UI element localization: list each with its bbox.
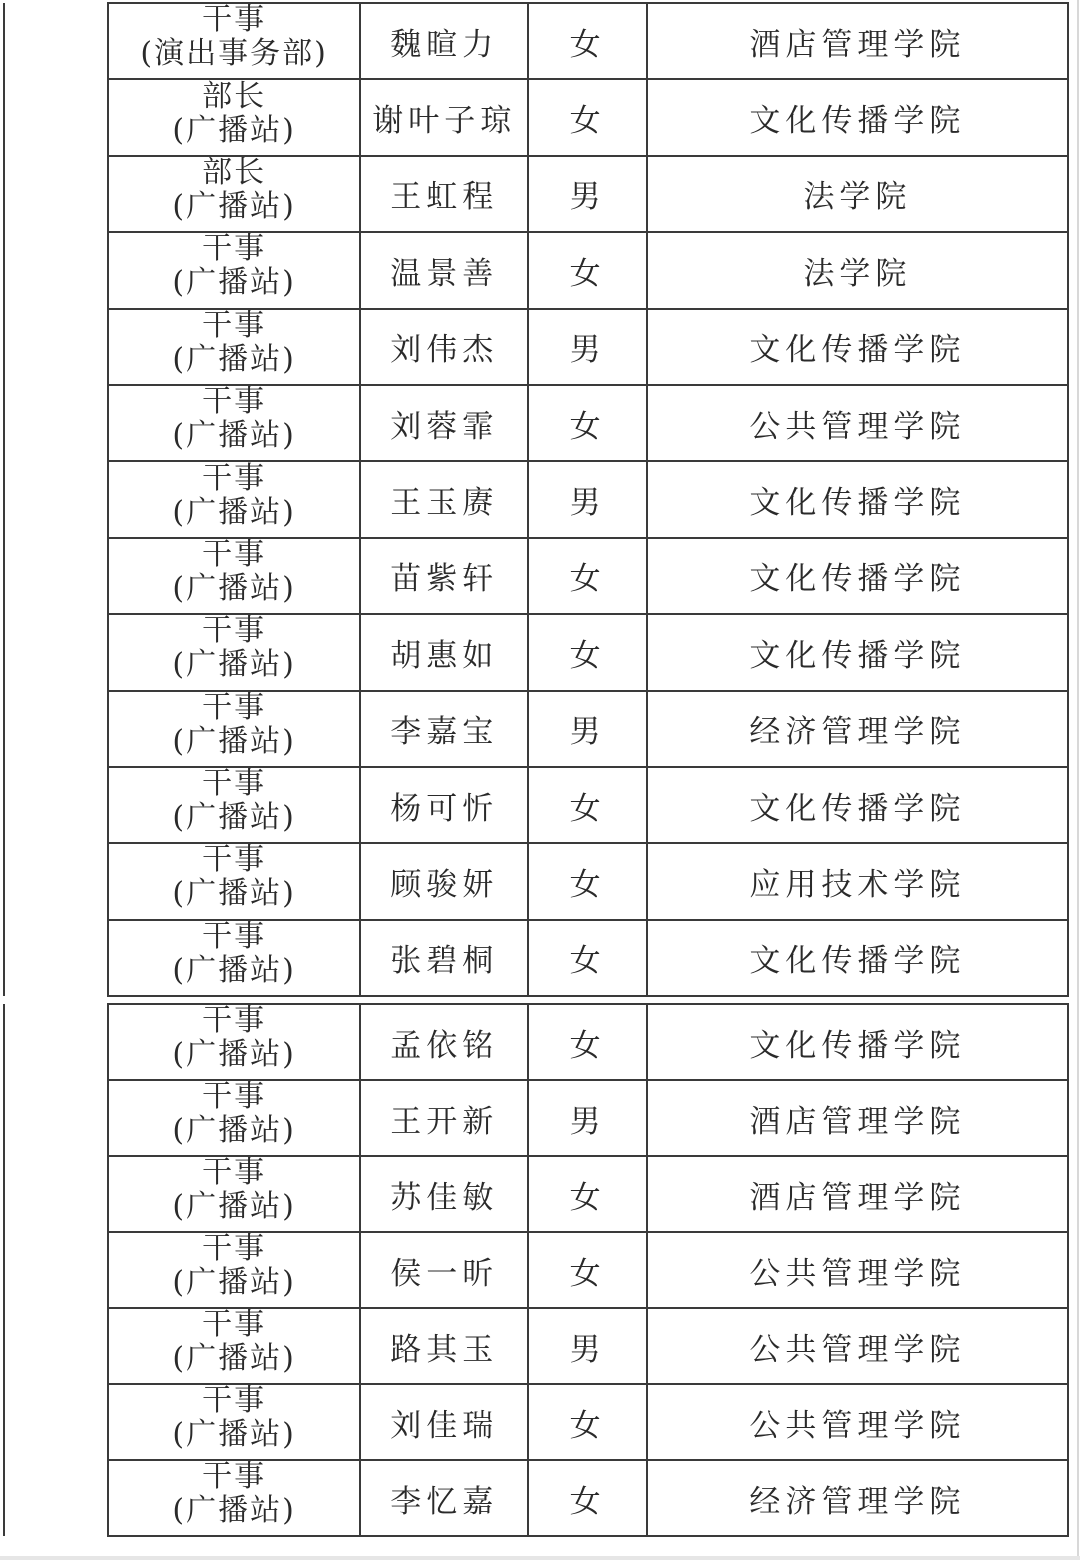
- position-department: (广播站): [109, 266, 359, 300]
- position-title: 干事: [109, 691, 359, 725]
- table-row: 干事 (演出事务部) 魏暄力 女 酒店管理学院: [4, 3, 1068, 79]
- position-cell: 干事 (广播站): [108, 1004, 360, 1080]
- college-cell: 文化传播学院: [647, 538, 1068, 614]
- department-group-cell: [4, 3, 108, 79]
- position-cell: 干事 (广播站): [108, 920, 360, 996]
- college-cell: 公共管理学院: [647, 1232, 1068, 1308]
- department-group-cell: [4, 1004, 108, 1080]
- gender-cell: 女: [528, 538, 646, 614]
- table-row: 干事 (广播站) 路其玉 男 公共管理学院: [4, 1308, 1068, 1384]
- table-row: 干事 (广播站) 刘蓉霏 女 公共管理学院: [4, 385, 1068, 461]
- name-cell: 张碧桐: [360, 920, 528, 996]
- gender-cell: 女: [528, 1004, 646, 1080]
- position-department: (广播站): [109, 801, 359, 835]
- college-cell: 文化传播学院: [647, 920, 1068, 996]
- table-row: 干事 (广播站) 温景善 女 法学院: [4, 232, 1068, 308]
- department-group-cell: [4, 79, 108, 155]
- position-department: (广播站): [109, 1190, 359, 1224]
- position-title: 干事: [109, 462, 359, 496]
- gender-cell: 女: [528, 920, 646, 996]
- gender-cell: 女: [528, 843, 646, 919]
- department-group-cell: [4, 1308, 108, 1384]
- college-cell: 公共管理学院: [647, 1308, 1068, 1384]
- gender-cell: 男: [528, 1080, 646, 1156]
- department-group-cell: [4, 920, 108, 996]
- gender-cell: 女: [528, 1384, 646, 1460]
- name-cell: 苏佳敏: [360, 1156, 528, 1232]
- department-group-cell: [4, 1232, 108, 1308]
- roster-table-continued: 干事 (广播站) 孟依铭 女 文化传播学院 干事 (广播站) 王开新 男 酒店管…: [3, 1003, 1069, 1537]
- page-edge-line: [1077, 0, 1079, 1556]
- table-row: 干事 (广播站) 苗紫轩 女 文化传播学院: [4, 538, 1068, 614]
- college-cell: 文化传播学院: [647, 461, 1068, 537]
- college-cell: 经济管理学院: [647, 1460, 1068, 1536]
- department-group-cell: [4, 843, 108, 919]
- position-department: (广播站): [109, 1418, 359, 1452]
- department-group-cell: [4, 614, 108, 690]
- position-title: 干事: [109, 385, 359, 419]
- position-cell: 干事 (广播站): [108, 461, 360, 537]
- position-cell: 干事 (广播站): [108, 385, 360, 461]
- position-title: 部长: [109, 156, 359, 190]
- table-row: 干事 (广播站) 顾骏妍 女 应用技术学院: [4, 843, 1068, 919]
- position-title: 干事: [109, 1308, 359, 1342]
- college-cell: 文化传播学院: [647, 79, 1068, 155]
- table-row: 干事 (广播站) 刘佳瑞 女 公共管理学院: [4, 1384, 1068, 1460]
- position-department: (广播站): [109, 648, 359, 682]
- college-cell: 应用技术学院: [647, 843, 1068, 919]
- name-cell: 胡惠如: [360, 614, 528, 690]
- department-group-cell: [4, 1156, 108, 1232]
- name-cell: 谢叶子琼: [360, 79, 528, 155]
- table-row: 干事 (广播站) 王玉赓 男 文化传播学院: [4, 461, 1068, 537]
- department-group-cell: [4, 385, 108, 461]
- position-cell: 干事 (广播站): [108, 232, 360, 308]
- name-cell: 王玉赓: [360, 461, 528, 537]
- position-cell: 干事 (广播站): [108, 538, 360, 614]
- position-cell: 干事 (广播站): [108, 843, 360, 919]
- name-cell: 李嘉宝: [360, 691, 528, 767]
- table-row: 部长 (广播站) 王虹程 男 法学院: [4, 156, 1068, 232]
- gender-cell: 女: [528, 614, 646, 690]
- gender-cell: 女: [528, 767, 646, 843]
- position-department: (广播站): [109, 114, 359, 148]
- name-cell: 刘蓉霏: [360, 385, 528, 461]
- college-cell: 酒店管理学院: [647, 1156, 1068, 1232]
- position-department: (广播站): [109, 1038, 359, 1072]
- college-cell: 公共管理学院: [647, 385, 1068, 461]
- gender-cell: 女: [528, 385, 646, 461]
- roster-table-section-2: 干事 (广播站) 孟依铭 女 文化传播学院 干事 (广播站) 王开新 男 酒店管…: [3, 1003, 1069, 1537]
- roster-table-section-1: 干事 (演出事务部) 魏暄力 女 酒店管理学院 部长 (广播站) 谢叶子琼 女 …: [3, 2, 1069, 997]
- college-cell: 法学院: [647, 156, 1068, 232]
- position-department: (广播站): [109, 343, 359, 377]
- department-group-cell: [4, 1460, 108, 1536]
- department-group-cell: [4, 461, 108, 537]
- department-group-cell: [4, 232, 108, 308]
- name-cell: 杨可忻: [360, 767, 528, 843]
- table-row: 部长 (广播站) 谢叶子琼 女 文化传播学院: [4, 79, 1068, 155]
- position-title: 干事: [109, 1232, 359, 1266]
- name-cell: 刘佳瑞: [360, 1384, 528, 1460]
- position-department: (广播站): [109, 877, 359, 911]
- position-cell: 干事 (广播站): [108, 1232, 360, 1308]
- position-title: 干事: [109, 1080, 359, 1114]
- table-row: 干事 (广播站) 王开新 男 酒店管理学院: [4, 1080, 1068, 1156]
- department-group-cell: [4, 156, 108, 232]
- gender-cell: 女: [528, 1232, 646, 1308]
- position-cell: 干事 (广播站): [108, 1460, 360, 1536]
- position-title: 干事: [109, 843, 359, 877]
- name-cell: 刘伟杰: [360, 309, 528, 385]
- name-cell: 侯一昕: [360, 1232, 528, 1308]
- position-title: 干事: [109, 1384, 359, 1418]
- position-cell: 干事 (广播站): [108, 691, 360, 767]
- position-title: 干事: [109, 309, 359, 343]
- table-row: 干事 (广播站) 杨可忻 女 文化传播学院: [4, 767, 1068, 843]
- department-group-cell: [4, 309, 108, 385]
- college-cell: 酒店管理学院: [647, 1080, 1068, 1156]
- position-department: (广播站): [109, 1342, 359, 1376]
- position-department: (广播站): [109, 572, 359, 606]
- table-row: 干事 (广播站) 张碧桐 女 文化传播学院: [4, 920, 1068, 996]
- table-row: 干事 (广播站) 刘伟杰 男 文化传播学院: [4, 309, 1068, 385]
- gender-cell: 女: [528, 79, 646, 155]
- position-cell: 干事 (广播站): [108, 1080, 360, 1156]
- position-department: (广播站): [109, 1114, 359, 1148]
- gender-cell: 女: [528, 3, 646, 79]
- name-cell: 温景善: [360, 232, 528, 308]
- position-cell: 干事 (广播站): [108, 309, 360, 385]
- gender-cell: 男: [528, 1308, 646, 1384]
- position-cell: 干事 (广播站): [108, 1156, 360, 1232]
- page-bottom-band: [0, 1556, 1080, 1560]
- position-title: 干事: [109, 538, 359, 572]
- position-cell: 干事 (广播站): [108, 767, 360, 843]
- college-cell: 文化传播学院: [647, 309, 1068, 385]
- name-cell: 孟依铭: [360, 1004, 528, 1080]
- gender-cell: 男: [528, 691, 646, 767]
- position-title: 干事: [109, 920, 359, 954]
- college-cell: 文化传播学院: [647, 767, 1068, 843]
- college-cell: 公共管理学院: [647, 1384, 1068, 1460]
- position-department: (广播站): [109, 190, 359, 224]
- gender-cell: 女: [528, 1156, 646, 1232]
- position-title: 干事: [109, 3, 359, 37]
- gender-cell: 男: [528, 309, 646, 385]
- position-cell: 干事 (演出事务部): [108, 3, 360, 79]
- table-row: 干事 (广播站) 侯一昕 女 公共管理学院: [4, 1232, 1068, 1308]
- name-cell: 王开新: [360, 1080, 528, 1156]
- table-row: 干事 (广播站) 胡惠如 女 文化传播学院: [4, 614, 1068, 690]
- position-cell: 部长 (广播站): [108, 156, 360, 232]
- name-cell: 魏暄力: [360, 3, 528, 79]
- department-group-cell: [4, 1080, 108, 1156]
- position-cell: 干事 (广播站): [108, 1384, 360, 1460]
- gender-cell: 女: [528, 1460, 646, 1536]
- table-row: 干事 (广播站) 苏佳敏 女 酒店管理学院: [4, 1156, 1068, 1232]
- position-title: 干事: [109, 767, 359, 801]
- table-row: 干事 (广播站) 李嘉宝 男 经济管理学院: [4, 691, 1068, 767]
- position-title: 干事: [109, 1156, 359, 1190]
- position-department: (广播站): [109, 954, 359, 988]
- position-department: (演出事务部): [109, 37, 359, 71]
- college-cell: 文化传播学院: [647, 614, 1068, 690]
- position-title: 干事: [109, 614, 359, 648]
- college-cell: 经济管理学院: [647, 691, 1068, 767]
- roster-table: 干事 (演出事务部) 魏暄力 女 酒店管理学院 部长 (广播站) 谢叶子琼 女 …: [3, 2, 1069, 997]
- department-group-cell: [4, 1384, 108, 1460]
- department-group-cell: [4, 538, 108, 614]
- name-cell: 路其玉: [360, 1308, 528, 1384]
- position-cell: 干事 (广播站): [108, 614, 360, 690]
- position-title: 干事: [109, 1460, 359, 1494]
- name-cell: 李忆嘉: [360, 1460, 528, 1536]
- position-department: (广播站): [109, 496, 359, 530]
- college-cell: 酒店管理学院: [647, 3, 1068, 79]
- name-cell: 顾骏妍: [360, 843, 528, 919]
- position-department: (广播站): [109, 1494, 359, 1528]
- name-cell: 王虹程: [360, 156, 528, 232]
- table-row: 干事 (广播站) 李忆嘉 女 经济管理学院: [4, 1460, 1068, 1536]
- position-title: 干事: [109, 1004, 359, 1038]
- name-cell: 苗紫轩: [360, 538, 528, 614]
- table-row: 干事 (广播站) 孟依铭 女 文化传播学院: [4, 1004, 1068, 1080]
- position-cell: 干事 (广播站): [108, 1308, 360, 1384]
- position-department: (广播站): [109, 1266, 359, 1300]
- department-group-cell: [4, 691, 108, 767]
- college-cell: 法学院: [647, 232, 1068, 308]
- position-department: (广播站): [109, 725, 359, 759]
- department-group-cell: [4, 767, 108, 843]
- position-cell: 部长 (广播站): [108, 79, 360, 155]
- college-cell: 文化传播学院: [647, 1004, 1068, 1080]
- position-department: (广播站): [109, 419, 359, 453]
- gender-cell: 男: [528, 461, 646, 537]
- position-title: 干事: [109, 232, 359, 266]
- gender-cell: 男: [528, 156, 646, 232]
- gender-cell: 女: [528, 232, 646, 308]
- position-title: 部长: [109, 80, 359, 114]
